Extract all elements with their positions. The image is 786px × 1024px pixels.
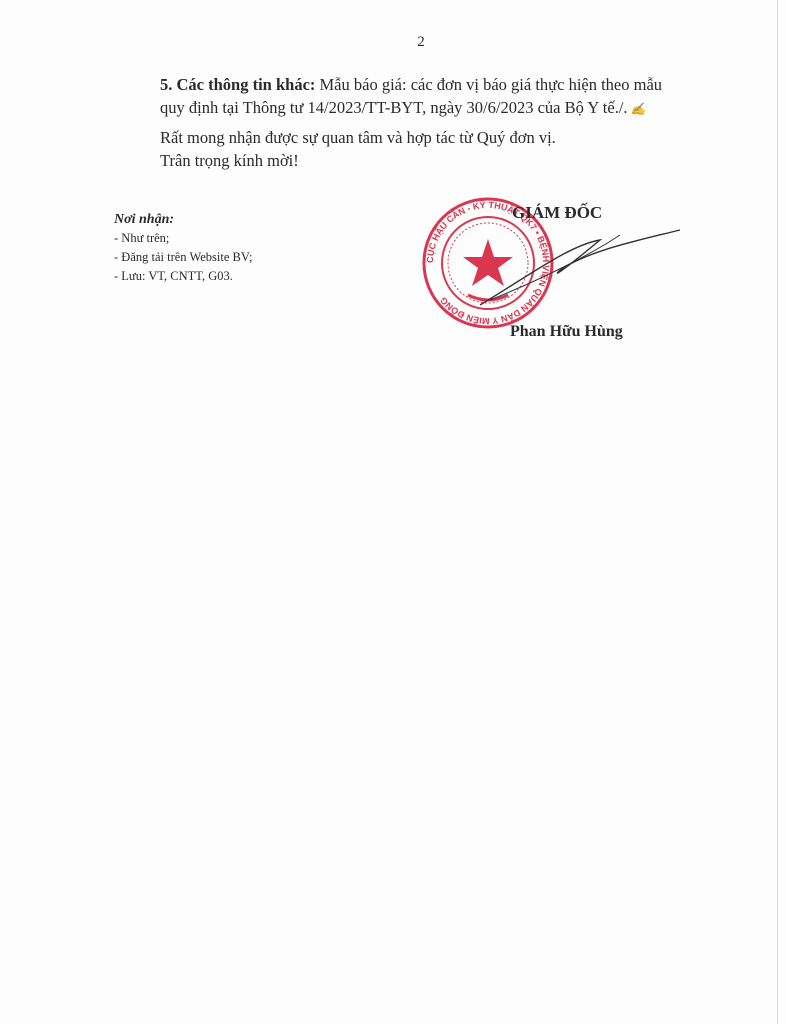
- closing-line-2: Trân trọng kính mời!: [160, 149, 556, 172]
- recipient-item: - Lưu: VT, CNTT, G03.: [114, 267, 252, 286]
- recipient-item: - Như trên;: [114, 229, 252, 248]
- section-5-text-2: quy định tại Thông tư 14/2023/TT-BYT, ng…: [160, 98, 628, 117]
- section-5-label: 5. Các thông tin khác:: [160, 75, 315, 94]
- signer-role: GIÁM ĐỐC: [512, 203, 602, 223]
- page-number: 2: [0, 34, 786, 51]
- recipients-block: Nơi nhận: - Như trên; - Đăng tải trên We…: [114, 210, 252, 286]
- closing: Rất mong nhận được sự quan tâm và hợp tá…: [160, 126, 556, 172]
- initials-mark-icon: ✍: [628, 102, 646, 116]
- recipients-title: Nơi nhận:: [114, 210, 252, 229]
- section-5-text-1: Mẫu báo giá: các đơn vị báo giá thực hiệ…: [315, 75, 662, 94]
- signer-name: Phan Hữu Hùng: [510, 323, 623, 341]
- recipient-item: - Đăng tải trên Website BV;: [114, 248, 252, 267]
- closing-line-1: Rất mong nhận được sự quan tâm và hợp tá…: [160, 126, 556, 149]
- page-edge: [777, 0, 778, 1024]
- signature-block: CỤC HẬU CẦN - KỸ THUẬT QK7 • BỆNH VIỆN Q…: [420, 195, 690, 345]
- section-5: 5. Các thông tin khác: Mẫu báo giá: các …: [160, 73, 662, 121]
